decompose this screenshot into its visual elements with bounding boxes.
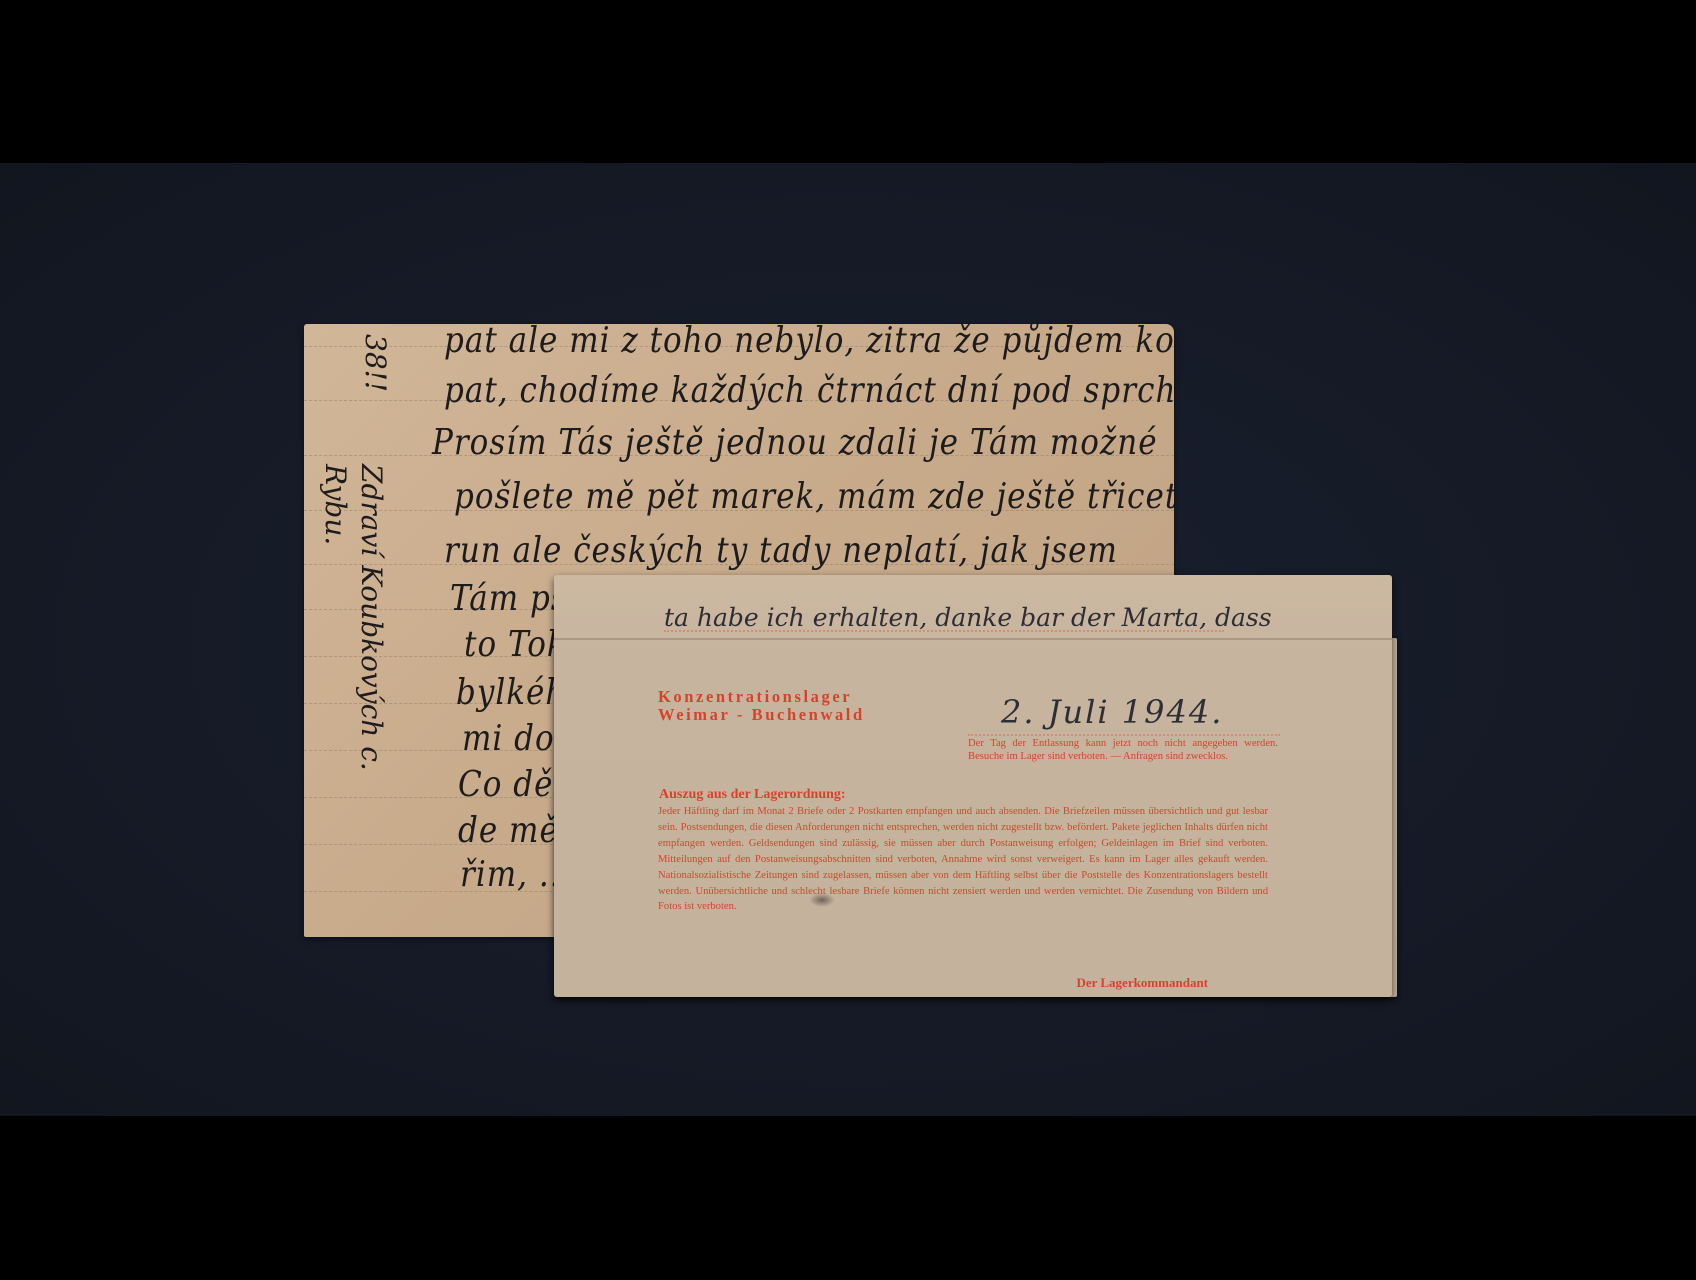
handwritten-line: pošlete mě pět marek, mám zde ještě třic… (454, 476, 1174, 517)
camp-name-line1: Konzentrationslager (658, 688, 865, 706)
card-fold-edge (554, 638, 1392, 640)
handwritten-line: run ale českých ty tady neplatí, jak jse… (444, 530, 1118, 571)
ink-smudge (809, 893, 835, 907)
margin-note-vertical-2: Rybu. (319, 464, 352, 545)
handwritten-top-line: ta habe ich erhalten, danke bar der Mart… (664, 603, 1272, 632)
margin-note-top: 38!! (359, 334, 392, 392)
handwritten-line: pat ale mi z toho nebylo, zitra že půjde… (444, 324, 1174, 361)
camp-name-header: Konzentrationslager Weimar - Buchenwald (658, 688, 865, 724)
camp-regulations-text: Jeder Häftling darf im Monat 2 Briefe od… (658, 804, 1268, 915)
camp-name-line2: Weimar - Buchenwald (658, 706, 865, 724)
handwritten-line: pat, chodíme každých čtrnáct dní pod spr… (444, 370, 1174, 411)
dotted-writing-line (664, 630, 1224, 632)
buchenwald-form-card: ta habe ich erhalten, danke bar der Mart… (554, 575, 1392, 997)
handwritten-line: Prosím Tás ještě jednou zdali je Tám mož… (432, 422, 1158, 463)
commandant-signature-line: Der Lagerkommandant (1076, 975, 1208, 991)
handwritten-date: 2. Juli 1944. (1001, 693, 1223, 731)
release-notice: Der Tag der Entlassung kann jetzt noch n… (968, 737, 1278, 763)
excerpt-title: Auszug aus der Lagerordnung: (659, 787, 846, 803)
margin-note-vertical: Zdraví Koubkových c. (355, 464, 388, 771)
dotted-date-line (968, 734, 1280, 736)
